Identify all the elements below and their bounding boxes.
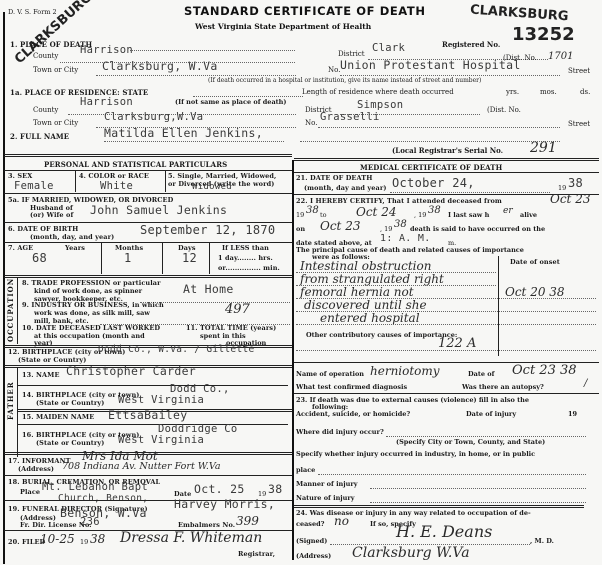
date-of-birth: September 12, 1870	[140, 223, 275, 237]
certify-label: 22. I HEREBY CERTIFY, That I attended de…	[296, 197, 502, 205]
op-date-label: Date of	[468, 370, 494, 378]
alive-label: alive	[520, 211, 537, 219]
res-street-label: Street	[568, 120, 590, 128]
birthplace: Dodd Co., W.Va. / Gillette	[98, 344, 255, 355]
attended-from: Oct 23	[550, 192, 590, 206]
last-saw-date: Oct 23	[320, 219, 360, 233]
contributory-label: Other contributory causes of importance:	[306, 331, 457, 339]
sex-label: 3. SEX	[8, 172, 32, 180]
physician-address: Clarksburg W.Va	[352, 545, 470, 561]
burial-place: Mt. Lebanon Bapt	[42, 481, 148, 493]
father-side-label: FATHER	[6, 381, 15, 420]
time-of-death: 1: A. M.	[380, 233, 431, 244]
death-dist-no: 1701	[548, 51, 573, 62]
occupation-related: no	[334, 514, 349, 528]
age-label: 7. AGE	[8, 244, 33, 252]
dod-year: 38	[568, 176, 583, 190]
signed-label: (Signed)	[296, 537, 327, 545]
hospital-note: (If death occurred in a hospital or inst…	[208, 77, 481, 84]
operation-label: Name of operation	[296, 370, 364, 378]
from-year: 38	[306, 205, 319, 216]
death-town: Clarksburg, W.Va	[102, 59, 218, 73]
full-name-label: 2. FULL NAME	[10, 132, 69, 141]
res-town-label: Town or City	[33, 119, 78, 127]
personal-section-title: PERSONAL AND STATISTICAL PARTICULARS	[44, 160, 227, 169]
serial-label: (Local Registrar's Serial No.	[392, 146, 503, 155]
operation-name: herniotomy	[370, 364, 440, 378]
years-label: Years	[65, 244, 85, 252]
last-saw-year: 38	[394, 219, 407, 230]
less-than-label-3: or............... min.	[218, 264, 280, 272]
to-year: 38	[428, 205, 441, 216]
cause-line-1: Intestinal obstruction	[300, 259, 431, 273]
street-no-label: No.	[328, 66, 340, 74]
yrs-label: yrs.	[506, 88, 519, 96]
age-days: 12	[182, 251, 197, 265]
cause-line-4: discovered until she	[304, 298, 427, 312]
birthplace-label-2: (State or Country)	[18, 356, 86, 364]
to-label: to	[320, 211, 327, 219]
ds-label: ds.	[580, 88, 590, 96]
city-stamp-right: CLARKSBURG	[470, 3, 569, 25]
informant-address: 708 Indiana Av. Nutter Fort W.Va	[62, 461, 221, 472]
occupation-side-label: OCCUPATION	[6, 278, 15, 342]
residence-district: Simpson	[357, 99, 403, 111]
last-saw-pronoun: er	[503, 206, 513, 216]
left-border	[3, 12, 5, 564]
dob-label-1: 6. DATE OF BIRTH	[8, 225, 78, 233]
place-label: place	[296, 466, 315, 474]
full-name: Matilda Ellen Jenkins,	[104, 126, 263, 140]
age-months: 1	[124, 251, 132, 265]
form-id: D. V. S. Form 2	[8, 8, 57, 16]
registered-no-label: Registered No.	[442, 40, 500, 49]
onset-date: Oct 20 38	[505, 285, 565, 299]
specify-label: Specify whether injury occurred in indus…	[296, 450, 535, 458]
cause-line-3: femoral hernia not	[300, 285, 414, 299]
residence-note: (If not same as place of death)	[175, 98, 286, 106]
occurred-label: death is said to have occurred on the	[410, 225, 545, 233]
town-label: Town or City	[33, 66, 78, 74]
marital-label-1: 5. Single, Married, Widowed,	[168, 172, 276, 180]
burial-year: 38	[268, 482, 282, 496]
father-name: Christopher Carder	[66, 364, 196, 378]
dob-label-2: (month, day, and year)	[30, 233, 114, 241]
race-label: 4. COLOR or RACE	[79, 172, 149, 180]
filed-year: 38	[90, 532, 105, 546]
res-county-label: County	[33, 106, 58, 114]
where-label: Where did injury occur?	[296, 428, 384, 436]
cause-line-5: entered hospital	[320, 311, 420, 325]
less-than-label-2: 1 day........ hrs.	[218, 254, 273, 262]
burial-place-2: Church, Benson,	[58, 493, 148, 504]
marital-status: Widowed	[192, 182, 232, 192]
attended-to: Oct 24	[356, 205, 396, 219]
cause-line-2: from strangulated right	[300, 272, 444, 286]
dod-label-2: (month, day and year)	[304, 184, 387, 192]
to-year-prefix: , 19	[414, 211, 426, 219]
accident-label: Accident, suicide, or homicide?	[296, 410, 410, 418]
mos-label: mos.	[540, 88, 557, 96]
document-subtitle: West Virginia State Department of Health	[195, 22, 371, 31]
age-years: 68	[32, 251, 47, 265]
center-divider	[292, 160, 294, 560]
dod-label-1: 21. DATE OF DEATH	[296, 174, 372, 182]
residence-town: Clarksburg,W.Va	[104, 111, 203, 123]
death-hospital: Union Protestant Hospital	[340, 58, 521, 72]
autopsy-label: Was there an autopsy?	[462, 383, 544, 391]
on-label: on	[296, 225, 305, 233]
filed-year-prefix: 19	[80, 538, 88, 546]
last-saw-year-prefix: , 19	[380, 225, 392, 233]
registered-no: 13252	[512, 24, 575, 45]
mother-birthplace-state: West Virginia	[118, 434, 204, 446]
from-year-prefix: 19	[296, 211, 304, 219]
father-birthplace-state: West Virginia	[118, 394, 204, 406]
industry-label-1: 9. INDUSTRY OR BUSINESS, in which	[22, 301, 164, 309]
where-note: (Specify City or Town, County, and State…	[396, 438, 545, 446]
mother-maiden-name: EttsaBailey	[108, 408, 187, 422]
operation-date: Oct 23 38	[512, 363, 577, 378]
trade-label-1: 8. TRADE PROFESSION or particular	[22, 279, 161, 287]
occupation-related-label-1: 24. Was disease or injury in any way rel…	[296, 509, 531, 517]
residence-street: Grasselli	[320, 111, 380, 123]
trade: At Home	[183, 282, 234, 296]
total-time-label-1: 11. TOTAL TIME (years)	[186, 324, 276, 332]
mother-bp-label-2: (State or Country)	[36, 439, 104, 447]
last-worked-label-1: 10. DATE DECEASED LAST WORKED	[22, 324, 160, 332]
document-title: STANDARD CERTIFICATE OF DEATH	[184, 4, 426, 18]
physician-signature: H. E. Deans	[396, 522, 492, 541]
race: White	[100, 180, 133, 192]
informant-address-label: (Address)	[18, 465, 54, 473]
contributory-causes: 122 A	[438, 336, 476, 351]
onset-label: Date of onset	[510, 258, 560, 266]
injury-year-label: 19	[568, 410, 577, 418]
autopsy-answer: /	[584, 378, 587, 389]
registrar-signature: Dressa F. Whiteman	[120, 530, 262, 546]
md-label: , M. D.	[530, 537, 554, 545]
date-of-death: October 24,	[392, 176, 475, 190]
county-label: County	[33, 52, 58, 60]
maiden-name-label: 15. MAIDEN NAME	[22, 413, 94, 421]
industry-label-2: work was done, as silk mill, saw	[34, 309, 150, 317]
res-dist-no-label: (Dist. No.	[487, 106, 521, 114]
occupation-related-label-2: ceased?	[296, 520, 324, 528]
fd-address: Benson, W.Va	[60, 506, 147, 520]
test-label: What test confirmed diagnosis	[296, 383, 407, 391]
district-label: District	[338, 50, 365, 58]
embalmers-label: Embalmers No.	[178, 521, 235, 529]
physician-address-label: (Address)	[296, 552, 331, 560]
trade-label-2: kind of work done, as spinner	[34, 287, 142, 295]
death-district: Clark	[372, 42, 405, 54]
father-bp-label-2: (State or Country)	[36, 399, 104, 407]
last-saw-label: I last saw h	[448, 211, 489, 219]
death-certificate: D. V. S. Form 2 STANDARD CERTIFICATE OF …	[0, 0, 602, 565]
embalmers-no: 399	[236, 514, 259, 528]
burial-place-label: Place	[20, 488, 40, 496]
length-of-residence-label: Length of residence where death occurred	[302, 88, 454, 96]
street-label: Street	[568, 67, 590, 75]
burial-date: Oct. 25	[194, 482, 245, 496]
dod-year-prefix: 19	[558, 184, 566, 192]
medical-section-title: MEDICAL CERTIFICATE OF DEATH	[360, 163, 502, 172]
injury-date-label: Date of injury	[466, 410, 516, 418]
res-no-label: No.	[305, 119, 317, 127]
registrar-label: Registrar,	[238, 550, 275, 558]
funeral-director: Harvey Morris,	[174, 497, 275, 511]
nature-label: Nature of injury	[296, 494, 355, 502]
serial-no: 291	[530, 140, 557, 156]
father-name-label: 13. NAME	[22, 371, 60, 379]
less-than-label-1: If LESS than	[222, 244, 269, 252]
license-no: 236	[80, 516, 100, 528]
residence-county: Harrison	[80, 96, 133, 108]
manner-label: Manner of injury	[296, 480, 358, 488]
filed-date: 10-25	[40, 532, 75, 546]
spouse-name: John Samuel Jenkins	[90, 203, 227, 217]
industry: 497	[225, 302, 250, 317]
sex: Female	[14, 180, 54, 192]
death-county: Harrison	[80, 44, 133, 56]
spouse-label-3: (or) Wife of	[30, 211, 73, 219]
